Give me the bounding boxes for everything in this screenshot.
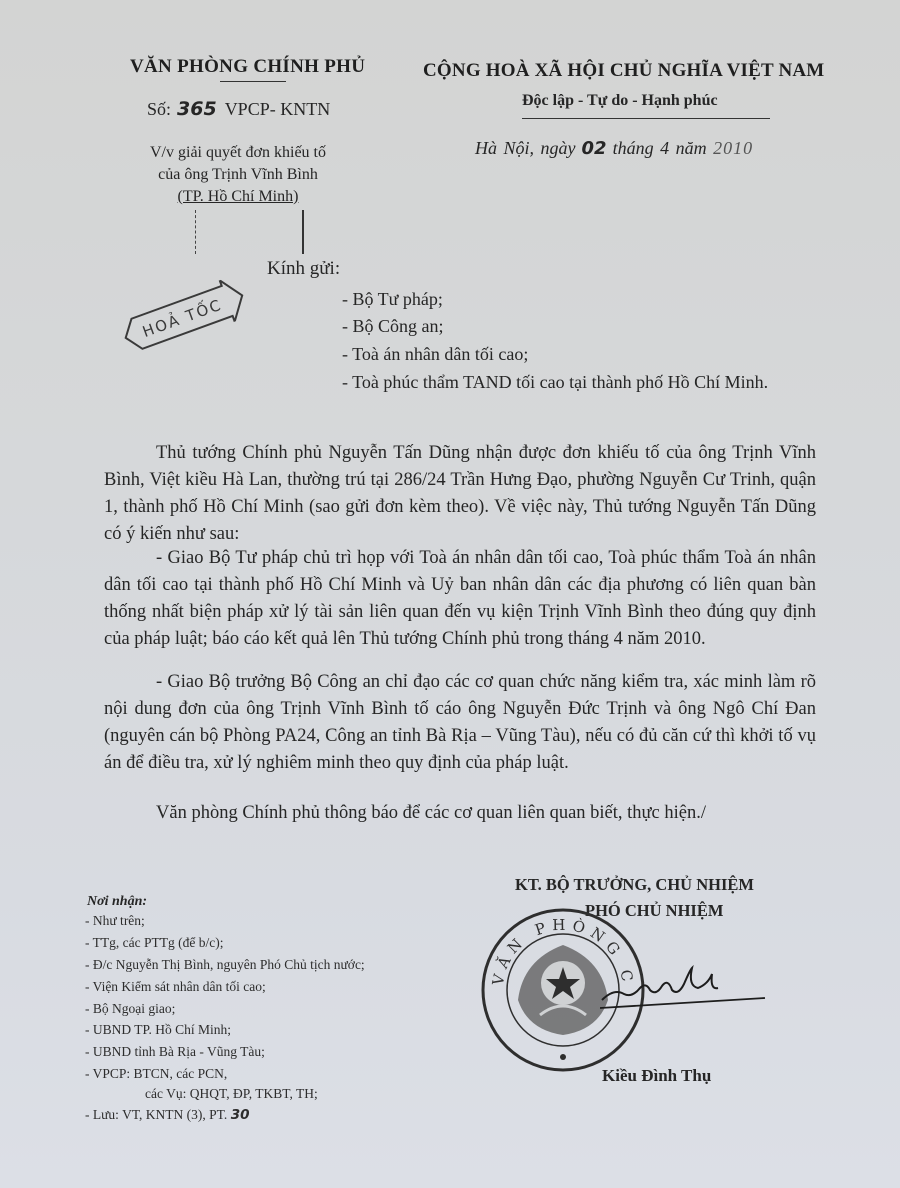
motto-divider xyxy=(522,118,770,119)
agency-divider xyxy=(220,81,286,82)
distribution-label: Nơi nhận: xyxy=(87,894,147,910)
addressee-item: - Bộ Tư pháp; xyxy=(342,289,443,310)
distribution-item: - TTg, các PTTg (để b/c); xyxy=(85,935,223,951)
paragraph-text: - Giao Bộ trưởng Bộ Công an chỉ đạo các … xyxy=(104,672,816,773)
date-month: tháng 4 năm xyxy=(613,138,707,158)
distribution-item: - VPCP: BTCN, các PCN, xyxy=(85,1066,227,1082)
body-paragraph: Thủ tướng Chính phủ Nguyễn Tấn Dũng nhận… xyxy=(104,440,816,548)
body-paragraph: Văn phòng Chính phủ thông báo để các cơ … xyxy=(104,800,816,827)
paragraph-text: Văn phòng Chính phủ thông báo để các cơ … xyxy=(156,803,706,823)
document-number: Số:365VPCP- KNTN xyxy=(147,98,330,120)
doc-number-label: Số: xyxy=(147,99,171,119)
distribution-item: - Bộ Ngoại giao; xyxy=(85,1001,175,1017)
paragraph-text: - Giao Bộ Tư pháp chủ trì họp với Toà án… xyxy=(104,548,816,649)
handwritten-signature-icon xyxy=(600,960,770,1015)
issue-date: Hà Nội, ngày02tháng 4 năm 2010 xyxy=(475,138,753,159)
date-day-handwritten: 02 xyxy=(582,138,607,159)
body-paragraph: - Giao Bộ Tư pháp chủ trì họp với Toà án… xyxy=(104,545,816,653)
addressee-item: - Bộ Công an; xyxy=(342,316,444,337)
subject-line: của ông Trịnh Vĩnh Bình xyxy=(150,164,326,186)
copies-handwritten: 30 xyxy=(231,1107,250,1123)
distribution-item: - Đ/c Nguyễn Thị Bình, nguyên Phó Chủ tị… xyxy=(85,957,365,973)
paragraph-text: Thủ tướng Chính phủ Nguyễn Tấn Dũng nhận… xyxy=(104,443,816,544)
body-paragraph: - Giao Bộ trưởng Bộ Công an chỉ đạo các … xyxy=(104,669,816,777)
national-motto: Độc lập - Tự do - Hạnh phúc xyxy=(522,92,718,110)
date-prefix: Hà Nội, ngày xyxy=(475,138,576,158)
date-year: 2010 xyxy=(713,138,753,158)
addressee-item: - Toà án nhân dân tối cao; xyxy=(342,344,528,365)
addressee-item: - Toà phúc thẩm TAND tối cao tại thành p… xyxy=(342,372,768,393)
subject-line: V/v giải quyết đơn khiếu tố xyxy=(150,142,326,164)
distribution-item: - Lưu: VT, KNTN (3), PT. 30 xyxy=(85,1107,249,1123)
archive-line: - Lưu: VT, KNTN (3), PT. xyxy=(85,1107,227,1122)
signer-name: Kiều Đình Thụ xyxy=(602,1066,711,1086)
distribution-item: - Viện Kiểm sát nhân dân tối cao; xyxy=(85,979,266,995)
distribution-item: - UBND tỉnh Bà Rịa - Vũng Tàu; xyxy=(85,1044,265,1060)
national-title: CỘNG HOÀ XÃ HỘI CHỦ NGHĨA VIỆT NAM xyxy=(423,60,824,82)
addressee-label: Kính gửi: xyxy=(267,258,340,280)
doc-code: VPCP- KNTN xyxy=(225,99,331,119)
urgent-stamp-icon: HOẢ TỐC xyxy=(114,274,251,360)
distribution-item: các Vụ: QHQT, ĐP, TKBT, TH; xyxy=(145,1086,318,1102)
issuing-agency: VĂN PHÒNG CHÍNH PHỦ xyxy=(130,56,365,78)
signatory-title: KT. BỘ TRƯỞNG, CHỦ NHIỆM xyxy=(515,875,754,895)
distribution-item: - Như trên; xyxy=(85,913,145,929)
document-page: VĂN PHÒNG CHÍNH PHỦ Số:365VPCP- KNTN V/v… xyxy=(0,0,900,1188)
distribution-item: - UBND TP. Hồ Chí Minh; xyxy=(85,1022,231,1038)
subject-line: (TP. Hồ Chí Minh) xyxy=(150,186,326,208)
handwritten-bracket-mark xyxy=(195,210,304,254)
doc-number-handwritten: 365 xyxy=(177,98,217,120)
subject: V/v giải quyết đơn khiếu tố của ông Trịn… xyxy=(150,142,326,208)
